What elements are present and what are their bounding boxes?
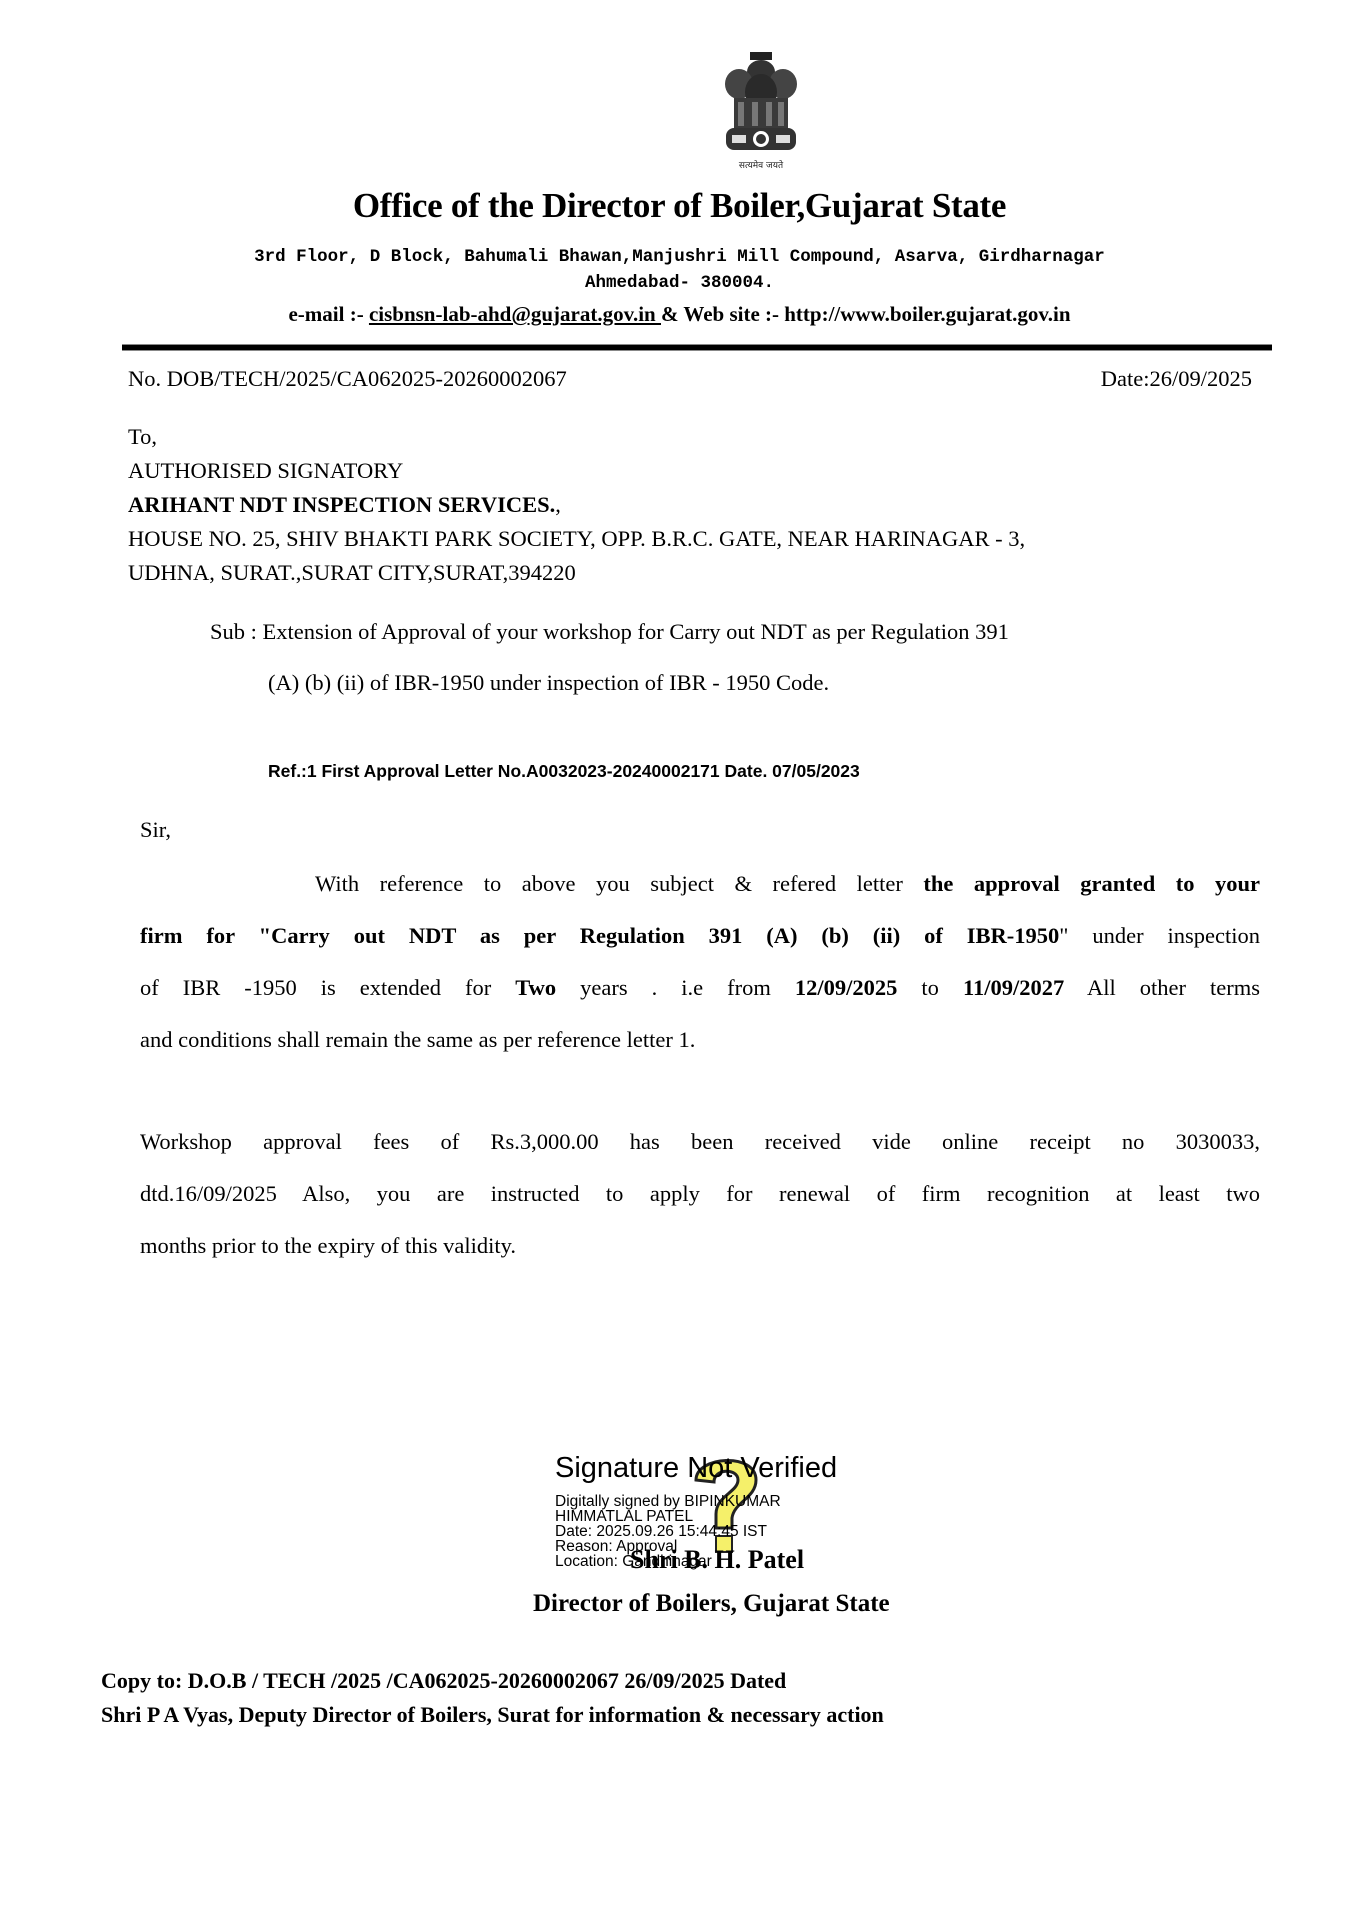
recipient-designation: AUTHORISED SIGNATORY	[128, 458, 403, 484]
header-divider	[122, 344, 1272, 351]
reference-line: Ref.:1 First Approval Letter No.A0032023…	[268, 761, 860, 782]
recipient-firm: ARIHANT NDT INSPECTION SERVICES.,	[128, 492, 561, 518]
email-link[interactable]: cisbnsn-lab-ahd@gujarat.gov.in	[369, 302, 661, 326]
body1-line4: and conditions shall remain the same as …	[140, 1014, 1260, 1066]
signatory-name: Shri B. H. Patel	[630, 1545, 804, 1575]
signature-date: Date: 2025.09.26 15:44:45 IST	[555, 1524, 781, 1539]
website-link[interactable]: http://www.boiler.gujarat.gov.in	[784, 302, 1070, 326]
website-label: & Web site :-	[661, 302, 784, 326]
subject-line1: Sub : Extension of Approval of your work…	[210, 619, 1009, 645]
body-paragraph-1: With reference to above you subject & re…	[140, 858, 1260, 1066]
firm-name: ARIHANT NDT INSPECTION SERVICES.	[128, 492, 555, 517]
office-address-line1: 3rd Floor, D Block, Bahumali Bhawan,Manj…	[0, 247, 1359, 267]
body-paragraph-2: Workshop approval fees of Rs.3,000.00 ha…	[140, 1116, 1260, 1272]
body1-line2: firm for "Carry out NDT as per Regulatio…	[140, 910, 1260, 962]
body2-line1: Workshop approval fees of Rs.3,000.00 ha…	[140, 1116, 1260, 1168]
firm-suffix: ,	[555, 492, 561, 517]
letter-number: No. DOB/TECH/2025/CA062025-20260002067	[128, 366, 567, 392]
signature-status: Signature Not Verified	[555, 1452, 837, 1485]
copy-to-line2: Shri P A Vyas, Deputy Director of Boiler…	[101, 1702, 884, 1728]
copy-to-line1: Copy to: D.O.B / TECH /2025 /CA062025-20…	[101, 1668, 786, 1694]
body1-line1: With reference to above you subject & re…	[140, 858, 1260, 910]
signed-by-line2: HIMMATLAL PATEL	[555, 1509, 781, 1524]
recipient-address-line1: HOUSE NO. 25, SHIV BHAKTI PARK SOCIETY, …	[128, 526, 1025, 552]
body1-line3: of IBR -1950 is extended for Two years .…	[140, 962, 1260, 1014]
signed-by-line1: Digitally signed by BIPINKUMAR	[555, 1494, 781, 1509]
office-address-line2: Ahmedabad- 380004.	[0, 273, 1359, 293]
contact-line: e-mail :- cisbnsn-lab-ahd@gujarat.gov.in…	[0, 302, 1359, 327]
subject-line2: (A) (b) (ii) of IBR-1950 under inspectio…	[268, 670, 829, 696]
letter-date: Date:26/09/2025	[1101, 366, 1252, 392]
salutation: Sir,	[140, 817, 171, 843]
state-emblem: सत्यमेव जयते	[712, 50, 810, 182]
recipient-to: To,	[128, 424, 157, 450]
body2-line2: dtd.16/09/2025 Also, you are instructed …	[140, 1168, 1260, 1220]
signatory-title: Director of Boilers, Gujarat State	[533, 1590, 890, 1618]
body2-line3: months prior to the expiry of this valid…	[140, 1220, 1260, 1272]
office-title: Office of the Director of Boiler,Gujarat…	[0, 186, 1359, 226]
email-label: e-mail :-	[288, 302, 368, 326]
emblem-caption: सत्यमेव जयते	[712, 158, 810, 171]
recipient-address-line2: UDHNA, SURAT.,SURAT CITY,SURAT,394220	[128, 560, 576, 586]
